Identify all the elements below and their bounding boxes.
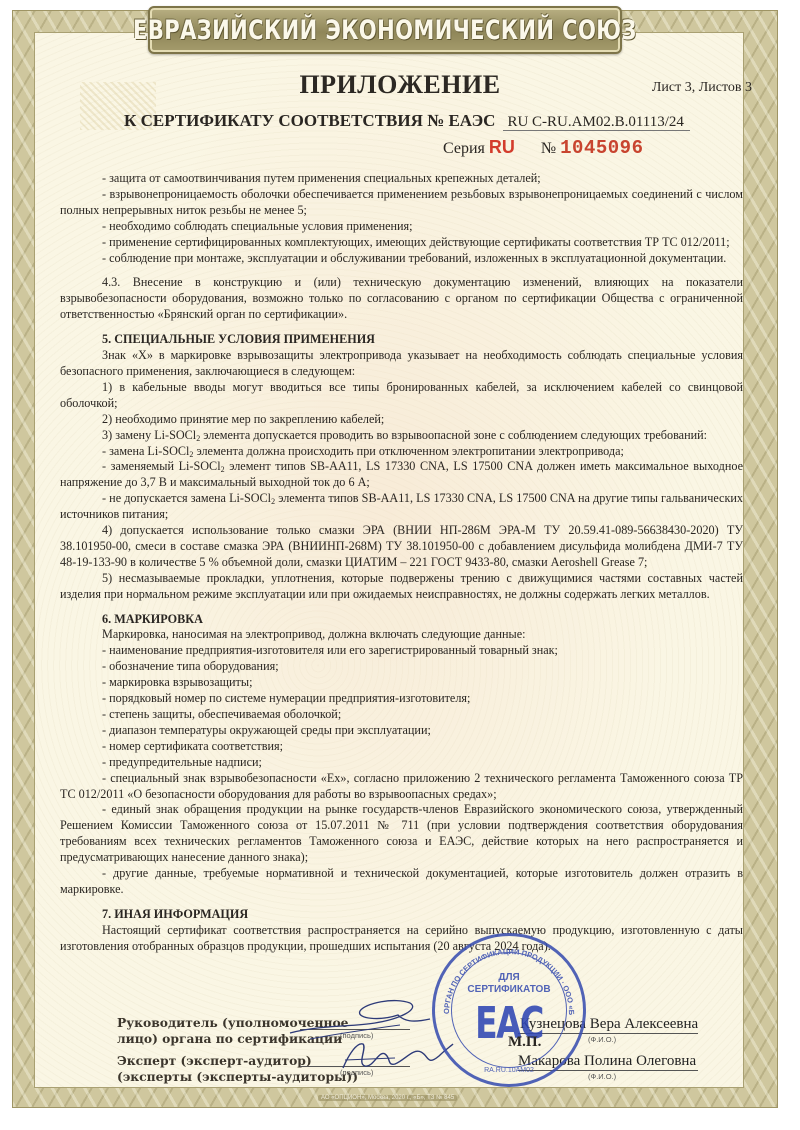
union-title-band: ЕВРАЗИЙСКИЙ ЭКОНОМИЧЕСКИЙ СОЮЗ bbox=[148, 6, 622, 54]
section-5-heading: 5. СПЕЦИАЛЬНЫЕ УСЛОВИЯ ПРИМЕНЕНИЯ bbox=[60, 332, 743, 348]
certification-body-stamp: ОРГАН ПО СЕРТИФИКАЦИИ ПРОДУКЦИИ · ООО «Б… bbox=[432, 933, 586, 1087]
condition-item: 4) допускается использование только смаз… bbox=[60, 523, 743, 571]
condition-subitem: - замена Li-SOCl2 элемента должна происх… bbox=[60, 444, 743, 460]
clause-4-3: 4.3. Внесение в конструкцию и (или) техн… bbox=[60, 275, 743, 323]
name-caption: (Ф.И.О.) bbox=[588, 1035, 616, 1044]
union-title: ЕВРАЗИЙСКИЙ ЭКОНОМИЧЕСКИЙ СОЮЗ bbox=[133, 15, 637, 46]
expert-signatory-label: Эксперт (эксперт-аудитор) (эксперты (экс… bbox=[117, 1053, 358, 1085]
marking-item: - наименование предприятия-изготовителя … bbox=[60, 643, 743, 659]
marking-list: - наименование предприятия-изготовителя … bbox=[60, 643, 743, 770]
clause-text: - соблюдение при монтаже, эксплуатации и… bbox=[60, 251, 743, 267]
marking-item: - порядковый номер по системе нумерации … bbox=[60, 691, 743, 707]
stamp-place-label: М.П. bbox=[508, 1034, 541, 1051]
stamp-line: ДЛЯ bbox=[435, 972, 583, 984]
marking-item: - номер сертификата соответствия; bbox=[60, 739, 743, 755]
stamp-line: СЕРТИФИКАТОВ bbox=[435, 984, 583, 996]
stamp-center-text: ДЛЯ СЕРТИФИКАТОВ bbox=[435, 972, 583, 996]
text-fragment: элемента должна происходить при отключен… bbox=[193, 444, 623, 458]
certificate-number: RU C-RU.АМ02.В.01113/24 bbox=[503, 114, 689, 131]
name-caption: (Ф.И.О.) bbox=[588, 1072, 616, 1081]
marking-item: - степень защиты, обеспечиваемая оболочк… bbox=[60, 707, 743, 723]
text-fragment: 3) замену Li-SOCl bbox=[102, 428, 196, 442]
condition-subitem: - не допускается замена Li-SOCl2 элемент… bbox=[60, 491, 743, 523]
marking-item: - предупредительные надписи; bbox=[60, 755, 743, 771]
sheet-info: Лист 3, Листов 3 bbox=[652, 80, 752, 96]
series-label: Серия bbox=[443, 140, 485, 157]
section-5-intro: Знак «X» в маркировке взрывозащиты элект… bbox=[60, 348, 743, 380]
document-body: - защита от самоотвинчивания путем приме… bbox=[60, 171, 743, 955]
number-label: № bbox=[541, 140, 556, 157]
text-fragment: элемента допускается проводить во взрыво… bbox=[200, 428, 707, 442]
condition-item: 2) необходимо принятие мер по закреплени… bbox=[60, 412, 743, 428]
text-fragment: - замена Li-SOCl bbox=[102, 444, 189, 458]
series-value: RU bbox=[489, 137, 515, 157]
marking-item: - обозначение типа оборудования; bbox=[60, 659, 743, 675]
label-line: (эксперты (эксперты-аудиторы)) bbox=[117, 1069, 358, 1085]
condition-item: 1) в кабельные вводы могут вводиться все… bbox=[60, 380, 743, 412]
section-6-heading: 6. МАРКИРОВКА bbox=[60, 612, 743, 628]
marking-item: - маркировка взрывозащиты; bbox=[60, 675, 743, 691]
condition-item: 5) несмазываемые прокладки, уплотнения, … bbox=[60, 571, 743, 603]
certificate-reference: К СЕРТИФИКАТУ СООТВЕТСТВИЯ № ЕАЭСRU C-RU… bbox=[124, 111, 690, 131]
stamp-code: RA.RU.10АМ02 bbox=[435, 1067, 583, 1074]
section-7-text: Настоящий сертификат соответствия распро… bbox=[60, 923, 743, 955]
serial-number: 1045096 bbox=[560, 137, 643, 159]
series-line: СерияRU№1045096 bbox=[443, 137, 643, 159]
printer-imprint: АО «ОПЦИОН», Москва, 2020 г., «Б», ТЗ № … bbox=[318, 1095, 457, 1101]
condition-item: 3) замену Li-SOCl2 элемента допускается … bbox=[60, 428, 743, 444]
text-fragment: - не допускается замена Li-SOCl bbox=[102, 491, 271, 505]
clause-text: - взрывонепроницаемость оболочки обеспеч… bbox=[60, 187, 743, 219]
text-fragment: - заменяемый Li-SOCl bbox=[102, 459, 221, 473]
certificate-label: К СЕРТИФИКАТУ СООТВЕТСТВИЯ № ЕАЭС bbox=[124, 111, 495, 130]
clause-text: - защита от самоотвинчивания путем приме… bbox=[60, 171, 743, 187]
clause-text: - применение сертифицированных комплекту… bbox=[60, 235, 743, 251]
section-6-intro: Маркировка, наносимая на электропривод, … bbox=[60, 627, 743, 643]
condition-subitem: - заменяемый Li-SOCl2 элемент типов SB-A… bbox=[60, 459, 743, 491]
marking-item: - единый знак обращения продукции на рын… bbox=[60, 802, 743, 866]
marking-item: - диапазон температуры окружающей среды … bbox=[60, 723, 743, 739]
marking-item: - другие данные, требуемые нормативной и… bbox=[60, 866, 743, 898]
marking-item: - специальный знак взрывобезопасности «E… bbox=[60, 771, 743, 803]
section-7-heading: 7. ИНАЯ ИНФОРМАЦИЯ bbox=[60, 907, 743, 923]
clause-text: - необходимо соблюдать специальные услов… bbox=[60, 219, 743, 235]
